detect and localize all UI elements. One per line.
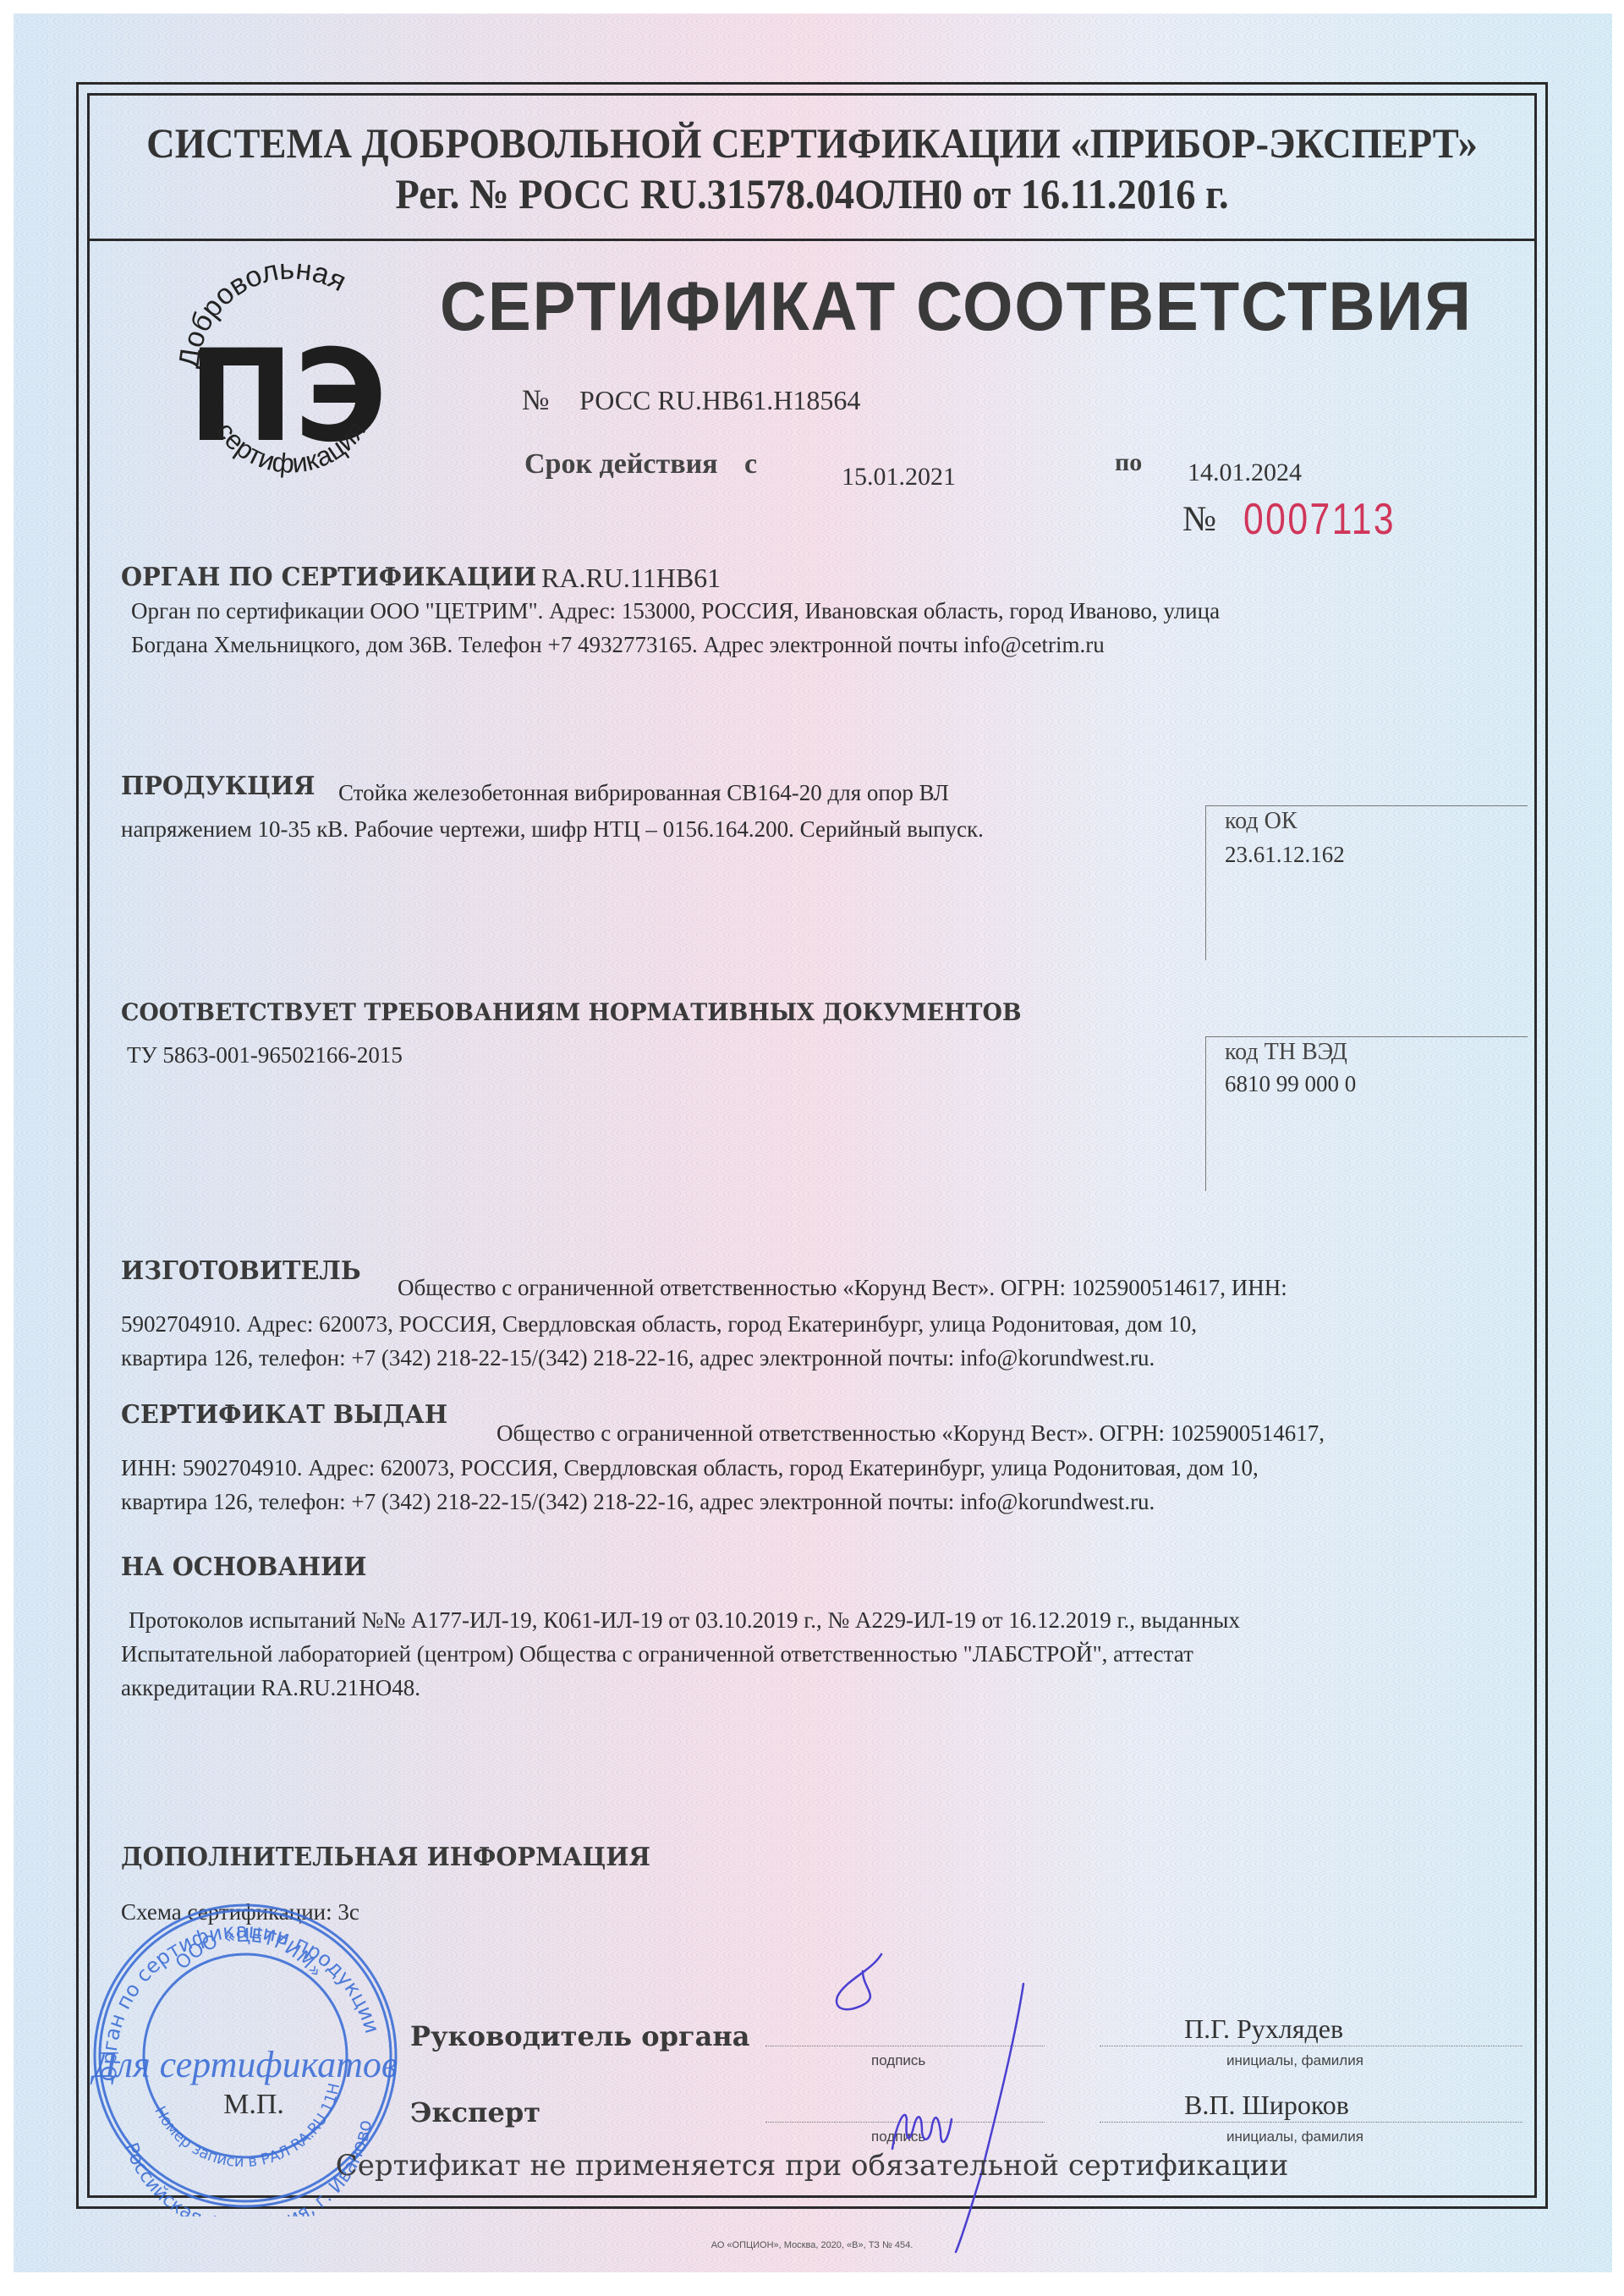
tn-ved-code-box: код ТН ВЭД 6810 99 000 0 <box>1205 1036 1528 1191</box>
tn-ved-label: код ТН ВЭД <box>1225 1039 1347 1066</box>
expert-name: В.П. Широков <box>1184 2090 1349 2121</box>
handwritten-signature-icon <box>812 1937 1100 2259</box>
manufacturer-heading: ИЗГОТОВИТЕЛЬ <box>121 1256 361 1286</box>
validity-from-date: 15.01.2021 <box>842 463 956 492</box>
svg-text:Для сертификатов: Для сертификатов <box>90 2044 398 2085</box>
ok-code-value: 23.61.12.162 <box>1225 842 1345 868</box>
serial-number: 0007113 <box>1243 494 1396 545</box>
compliance-heading: СООТВЕТСТВУЕТ ТРЕБОВАНИЯМ НОРМАТИВНЫХ ДО… <box>121 998 1022 1026</box>
ok-code-label: код ОК <box>1225 808 1298 835</box>
system-registration: Рег. № РОСС RU.31578.04ОЛН0 от 16.11.201… <box>140 169 1484 218</box>
validity-label: Срок действия <box>524 448 718 481</box>
manufacturer-line-1: Общество с ограниченной ответственностью… <box>398 1269 1287 1306</box>
issued-to-line-1: Общество с ограниченной ответственностью… <box>497 1414 1325 1452</box>
number-symbol: № <box>522 385 549 417</box>
svg-text:М.П.: М.П. <box>223 2089 284 2120</box>
printer-imprint: АО «ОПЦИОН», Москва, 2020, «В», ТЗ № 454… <box>0 2240 1624 2250</box>
head-name-line <box>1100 2046 1522 2046</box>
certification-body-heading: ОРГАН ПО СЕРТИФИКАЦИИ <box>121 563 536 592</box>
validity-to-prefix: по <box>1115 448 1142 477</box>
basis-heading: НА ОСНОВАНИИ <box>121 1552 366 1582</box>
validity-to-date: 14.01.2024 <box>1188 459 1302 487</box>
basis-line-2: Испытательной лабораторией (центром) Общ… <box>121 1635 1193 1673</box>
issued-to-heading: СЕРТИФИКАТ ВЫДАН <box>121 1400 447 1430</box>
additional-info-heading: ДОПОЛНИТЕЛЬНАЯ ИНФОРМАЦИЯ <box>121 1843 650 1872</box>
system-title: СИСТЕМА ДОБРОВОЛЬНОЙ СЕРТИФИКАЦИИ «ПРИБО… <box>140 118 1484 168</box>
head-name: П.Г. Рухлядев <box>1184 2013 1343 2045</box>
validity-from-prefix: с <box>744 448 757 481</box>
head-of-body-label: Руководитель органа <box>410 2020 749 2052</box>
serial-symbol: № <box>1182 499 1216 540</box>
issued-to-line-2: ИНН: 5902704910. Адрес: 620073, РОССИЯ, … <box>121 1449 1259 1486</box>
expert-name-caption: инициалы, фамилия <box>1226 2128 1363 2145</box>
certification-body-line-1: Орган по сертификации ООО "ЦЕТРИМ". Адре… <box>131 592 1501 629</box>
basis-line-1: Протоколов испытаний №№ А177-ИЛ-19, К061… <box>129 1601 1240 1639</box>
certification-body-code: RA.RU.11HB61 <box>541 563 721 594</box>
head-name-caption: инициалы, фамилия <box>1226 2052 1363 2069</box>
expert-label: Эксперт <box>410 2096 540 2128</box>
certificate-number: РОСС RU.HB61.H18564 <box>579 385 860 416</box>
manufacturer-line-2: 5902704910. Адрес: 620073, РОССИЯ, Сверд… <box>121 1305 1197 1343</box>
certificate-title: СЕРТИФИКАТ СООТВЕТСТВИЯ <box>440 267 1473 347</box>
ok-code-box: код ОК 23.61.12.162 <box>1205 805 1528 960</box>
tn-ved-value: 6810 99 000 0 <box>1225 1071 1356 1097</box>
manufacturer-line-3: квартира 126, телефон: +7 (342) 218-22-1… <box>121 1339 1155 1376</box>
issued-to-line-3: квартира 126, телефон: +7 (342) 218-22-1… <box>121 1483 1155 1520</box>
not-mandatory-notice: Сертификат не применяется при обязательн… <box>90 2149 1534 2183</box>
product-line-2: напряжением 10-35 кВ. Рабочие чертежи, ш… <box>121 810 984 848</box>
expert-name-line <box>1100 2122 1522 2123</box>
pe-logo-icon: Добровольная ПЭ сертификация <box>161 254 414 525</box>
product-heading: ПРОДУКЦИЯ <box>121 772 315 801</box>
compliance-document: ТУ 5863-001-96502166-2015 <box>127 1036 403 1074</box>
product-line-1: Стойка железобетонная вибрированная СВ16… <box>338 774 949 811</box>
certification-body-line-2: Богдана Хмельницкого, дом 36В. Телефон +… <box>131 626 1501 663</box>
header-divider <box>87 239 1537 241</box>
basis-line-3: аккредитации RA.RU.21HO48. <box>121 1669 420 1706</box>
